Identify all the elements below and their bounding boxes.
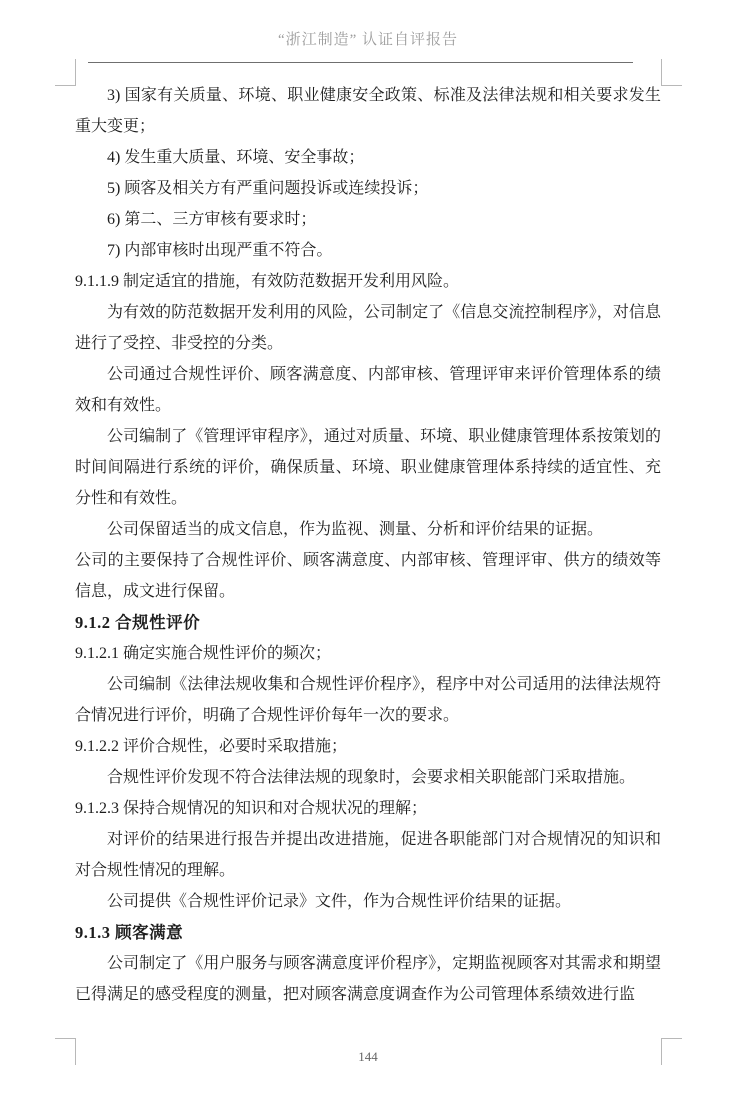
list-item: 4) 发生重大质量、环境、安全事故； (75, 142, 661, 173)
paragraph: 对评价的结果进行报告并提出改进措施，促进各职能部门对合规情况的知识和对合规性情况… (75, 824, 661, 886)
paragraph: 公司制定了《用户服务与顾客满意度评价程序》，定期监视顾客对其需求和期望已得满足的… (75, 948, 661, 1010)
clause-heading: 9.1.2.2 评价合规性，必要时采取措施； (75, 731, 661, 762)
paragraph: 公司的主要保持了合规性评价、顾客满意度、内部审核、管理评审、供方的绩效等信息，成… (75, 545, 661, 607)
document-body: 3) 国家有关质量、环境、职业健康安全政策、标准及法律法规和相关要求发生重大变更… (75, 80, 661, 1010)
header-rule (88, 62, 633, 63)
text-boundary-mark-top-right (661, 59, 682, 86)
page-number: 144 (358, 1049, 378, 1064)
text-boundary-mark-top-left (55, 59, 76, 86)
paragraph: 公司编制了《管理评审程序》，通过对质量、环境、职业健康管理体系按策划的时间间隔进… (75, 421, 661, 514)
section-heading: 9.1.3 顾客满意 (75, 917, 661, 948)
header-title: “浙江制造” 认证自评报告 (0, 28, 736, 49)
paragraph: 公司提供《合规性评价记录》文件，作为合规性评价结果的证据。 (75, 886, 661, 917)
paragraph: 公司编制《法律法规收集和合规性评价程序》，程序中对公司适用的法律法规符合情况进行… (75, 669, 661, 731)
list-item: 5) 顾客及相关方有严重问题投诉或连续投诉； (75, 173, 661, 204)
paragraph: 公司保留适当的成文信息，作为监视、测量、分析和评价结果的证据。 (75, 514, 661, 545)
clause-heading: 9.1.1.9 制定适宜的措施，有效防范数据开发利用风险。 (75, 266, 661, 297)
section-heading: 9.1.2 合规性评价 (75, 607, 661, 638)
paragraph: 合规性评价发现不符合法律法规的现象时，会要求相关职能部门采取措施。 (75, 762, 661, 793)
list-item: 3) 国家有关质量、环境、职业健康安全政策、标准及法律法规和相关要求发生重大变更… (75, 80, 661, 142)
paragraph: 为有效的防范数据开发利用的风险，公司制定了《信息交流控制程序》，对信息进行了受控… (75, 297, 661, 359)
paragraph: 公司通过合规性评价、顾客满意度、内部审核、管理评审来评价管理体系的绩效和有效性。 (75, 359, 661, 421)
clause-heading: 9.1.2.3 保持合规情况的知识和对合规状况的理解； (75, 793, 661, 824)
list-item: 7) 内部审核时出现严重不符合。 (75, 235, 661, 266)
list-item: 6) 第二、三方审核有要求时； (75, 204, 661, 235)
document-page: “浙江制造” 认证自评报告 3) 国家有关质量、环境、职业健康安全政策、标准及法… (0, 0, 736, 1098)
clause-heading: 9.1.2.1 确定实施合规性评价的频次； (75, 638, 661, 669)
page-footer: 144 (0, 1048, 736, 1066)
